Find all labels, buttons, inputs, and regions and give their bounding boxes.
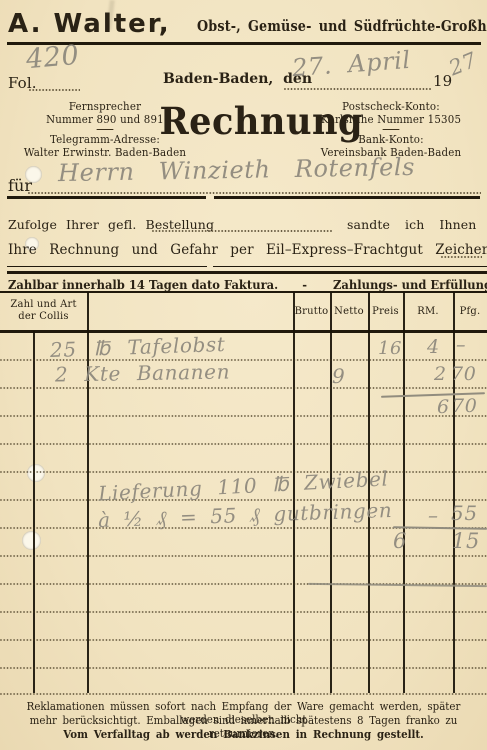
date-dotted-line	[284, 88, 431, 90]
folio-number-handwritten: 420	[25, 40, 81, 76]
double-rule-thick	[7, 271, 487, 274]
postscheck-label: Postscheck-Konto:	[306, 100, 475, 113]
divider	[383, 129, 400, 131]
entry-row1-pfg: –	[456, 334, 466, 356]
double-rule-thin-left	[7, 266, 207, 267]
company-tagline: Obst-, Gemüse- und Südfrüchte-Großhandlu…	[197, 17, 487, 35]
header-preis: Preis	[369, 305, 402, 317]
order-line1-right: sandte ich Ihnen auf	[347, 217, 487, 232]
deduction-rm: –	[428, 503, 439, 527]
bank-label: Bank-Konto:	[306, 133, 475, 146]
ledger-line	[0, 611, 487, 613]
postscheck-number: Karlsruhe Nummer 15305	[306, 113, 475, 126]
header-collis: Zahl und Art der Collis	[2, 298, 85, 322]
terms-dash: -	[302, 277, 307, 292]
recipient-underline-left	[7, 196, 206, 199]
ledger-line	[0, 555, 487, 557]
ledger-line	[0, 443, 487, 445]
entry-row2-description: 2 Kte Bananen	[55, 359, 230, 386]
table-top-border	[0, 291, 487, 293]
entry-row1-description: 25 ℔ Tafelobst	[50, 332, 226, 362]
date-handwritten: 27. April	[291, 46, 411, 82]
table-bottom-border	[0, 693, 487, 695]
table-header-border	[0, 330, 487, 333]
ledger-line	[0, 667, 487, 669]
header-brutto: Brutto	[294, 305, 329, 317]
table-column-line	[403, 292, 405, 693]
header-collis-line1: Zahl und Art	[2, 298, 85, 310]
order-line2: Ihre Rechnung und Gefahr per Eil–Express…	[8, 242, 487, 258]
total-rm: 6	[393, 529, 407, 553]
ledger-line	[0, 499, 487, 501]
terms-right: Zahlungs- und Erfüllungsort ist Baden-Ba…	[333, 277, 487, 292]
footer-line3: Vom Verfalltag ab werden Bankzinsen in R…	[17, 728, 470, 741]
subtotal-pfg: 70	[452, 395, 477, 417]
total-pfg: 15	[452, 529, 480, 553]
entry-row2-pfg: 70	[451, 363, 476, 385]
order-line2-dotted	[441, 256, 482, 258]
punch-hole	[22, 531, 41, 550]
header-pfg: Pfg.	[454, 305, 486, 317]
payment-terms: Zahlbar innerhalb 14 Tagen dato Faktura.…	[8, 277, 481, 292]
document-title: Rechnung	[160, 99, 331, 143]
ledger-line	[0, 415, 487, 417]
entry-row1-rm: 4	[427, 336, 440, 358]
header-rm: RM.	[404, 305, 452, 317]
invoice-page: A. Walter, Obst-, Gemüse- und Südfrüchte…	[0, 0, 487, 750]
header-collis-line2: der Collis	[2, 310, 85, 322]
place-date-label: Baden-Baden, den	[163, 71, 312, 87]
recipient-handwritten: Herrn Winzieth Rotenfels	[58, 153, 416, 187]
header-netto: Netto	[331, 305, 367, 317]
entry-row2-netto: 9	[332, 364, 345, 388]
ledger-line	[0, 471, 487, 473]
table-column-line	[453, 292, 455, 693]
entry-row1-preis: 16	[378, 338, 402, 359]
table-column-line	[368, 292, 370, 693]
recipient-dotted-line	[28, 192, 481, 194]
bank-block: Postscheck-Konto: Karlsruhe Nummer 15305…	[306, 100, 475, 159]
entry-row2-rm: 2	[434, 363, 447, 385]
ledger-line	[0, 387, 487, 389]
double-rule-thin-right	[213, 266, 487, 267]
ledger-line	[0, 639, 487, 641]
company-name: A. Walter,	[8, 9, 171, 39]
terms-left: Zahlbar innerhalb 14 Tagen dato Faktura.	[8, 277, 278, 292]
punch-hole	[27, 464, 45, 482]
deduction-pfg: 55	[451, 501, 478, 525]
folio-dotted-line	[29, 89, 80, 91]
subtotal-rm: 6	[437, 396, 450, 418]
year-printed: 19	[433, 72, 452, 90]
order-dotted-line	[152, 230, 332, 232]
recipient-underline-right	[214, 196, 480, 199]
divider	[97, 129, 114, 131]
